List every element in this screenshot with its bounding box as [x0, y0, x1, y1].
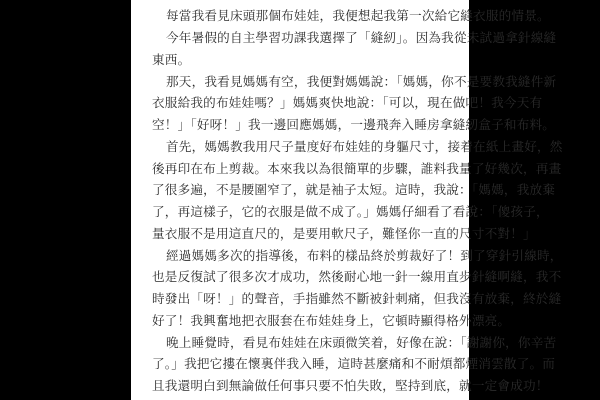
paragraph-3-line-2: 衣服給我的布娃娃嗎？」媽媽爽快地說：「可以，現在做吧！我今天有	[152, 96, 542, 110]
paragraph-4-line-3: 了很多遍，不是腰圍窄了，就是袖子太短。這時，我說：「媽媽，我放棄	[152, 183, 555, 197]
document-viewer: 每當我看見床頭那個布娃娃，我便想起我第一次給它縫衣服的情景。 今年暑假的自主學習…	[0, 0, 600, 400]
paragraph-4-line-1: 首先，媽媽教我用尺子量度好布娃娃的身軀尺寸，接着在紙上畫好，然	[166, 140, 563, 154]
paragraph-5-line-4: 好了！我興奮地把衣服套在布娃娃身上，它頓時顯得格外漂亮。	[152, 314, 510, 328]
paragraph-5-line-1: 經過媽媽多次的指導後，布料的樣品終於剪裁好了！到了穿針引線時，	[166, 249, 563, 263]
paragraph-2-line-1: 今年暑假的自主學習功課我選擇了「縫紉」。因為我從未試過拿針線縫	[166, 31, 556, 45]
paragraph-6-line-3: 且我還明白到無論做任何事只要不怕失敗，堅持到底，就一定會成功！	[152, 379, 549, 393]
paragraph-3-line-3: 空！」「好呀！」我一邊回應媽媽，一邊飛奔入睡房拿縫紉盒子和布料。	[152, 118, 555, 132]
paragraph-2-line-2: 東西。	[152, 53, 190, 67]
paragraph-4-line-2: 後再印在布上剪裁。本來我以為很簡單的步驟，誰料我量了好幾次，再畫	[152, 162, 561, 176]
paragraph-5-line-2: 也是反復試了很多次才成功，然後耐心地一針一線用直步針縫啊縫，我不	[152, 270, 561, 284]
paragraph-1-line-1: 每當我看見床頭那個布娃娃，我便想起我第一次給它縫衣服的情景。	[166, 9, 550, 23]
paragraph-3-line-1: 那天，我看見媽媽有空，我便對媽媽說：「媽媽，你不是要教我縫件新	[166, 75, 556, 89]
paragraph-5-line-3: 時發出「呀！」的聲音，手指雖然不斷被針刺痛，但我沒有放棄，終於縫	[152, 292, 561, 306]
paragraph-4-line-4: 了，再這樣子，它的衣服是做不成了。」媽媽仔細看了看說：「傻孩子，	[152, 205, 549, 219]
paragraph-4-line-5: 量衣服不是用這直尺的，是要用軟尺子，難怪你一直的尺寸不對！」	[152, 227, 536, 241]
paragraph-6-line-1: 晚上睡覺時，看見布娃娃在床頭微笑着，好像在說：「謝謝你，你辛苦	[166, 336, 556, 350]
paragraph-6-line-2: 了。」我把它摟在懷裏伴我入睡，這時甚麼痛和不耐煩都煙消雲散了。而	[152, 357, 555, 371]
document-page: 每當我看見床頭那個布娃娃，我便想起我第一次給它縫衣服的情景。 今年暑假的自主學習…	[131, 0, 469, 400]
